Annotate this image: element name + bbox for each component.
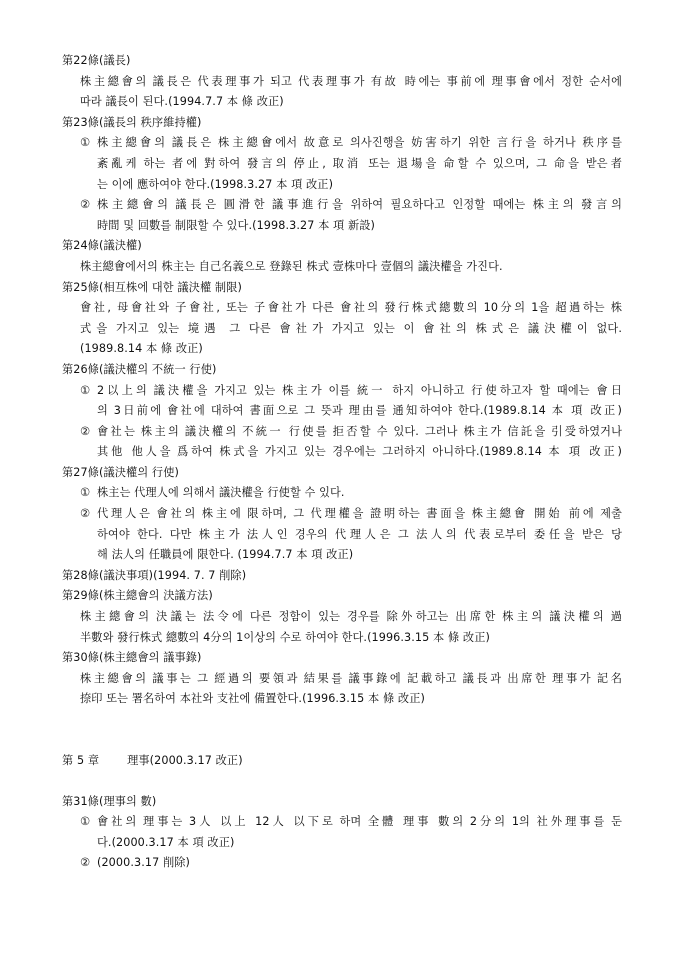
clause-continuation: 時間 및 回數를 制限할 수 있다.(1998.3.27 本 項 新設) <box>62 216 622 237</box>
article-body-line: 捺印 또는 署名하여 本社와 支社에 備置한다.(1996.3.15 本 條 改… <box>62 689 622 710</box>
article-title: 第24條(議決權) <box>62 236 622 257</box>
article-29: 第29條(株主總會의 決議方法) 株主總會의 決議는 法令에 다른 정함이 있는… <box>62 586 622 648</box>
clause-item: ②會社는 株主의 議決權의 不統一 行使를 拒否할 수 있다. 그러나 株主가 … <box>62 422 622 443</box>
article-title: 第30條(株主總會의 議事錄) <box>62 648 622 669</box>
clause-text: 代理人은 會社의 株主에 限하며, 그 代理權을 證明하는 書面을 株主總會 開… <box>97 507 622 520</box>
article-title: 第25條(相互株에 대한 議決權 制限) <box>62 278 622 299</box>
clause-text: 會社는 株主의 議決權의 不統一 行使를 拒否할 수 있다. 그러나 株主가 信… <box>97 425 622 438</box>
clause-item: ①株主는 代理人에 의해서 議決權을 行使할 수 있다. <box>62 483 622 504</box>
clause-item: ②(2000.3.17 削除) <box>62 853 622 874</box>
clause-continuation: 는 이에 應하여야 한다.(1998.3.27 本 項 改正) <box>62 175 622 196</box>
chapter-heading: 第 5 章理事(2000.3.17 改正) <box>62 751 622 772</box>
article-25: 第25條(相互株에 대한 議決權 制限) 會社, 母會社와 子會社, 또는 子會… <box>62 278 622 360</box>
article-title: 第28條(議決事項)(1994. 7. 7 削除) <box>62 566 622 587</box>
article-body-line: 式을 가지고 있는 境遇 그 다른 會社가 가지고 있는 이 會社의 株式은 議… <box>62 319 622 340</box>
clause-number: ② <box>80 195 90 216</box>
article-24: 第24條(議決權) 株主總會에서의 株主는 自己名義으로 登錄된 株式 壹株마다… <box>62 236 622 277</box>
chapter-label: 第 5 章 <box>62 754 99 767</box>
article-31: 第31條(理事의 數) ①會社의 理事는 3人 以上 12人 以下로 하며 全體… <box>62 792 622 874</box>
article-body-line: 株主總會의 決議는 法令에 다른 정함이 있는 경우를 除外하고는 出席한 株主… <box>62 607 622 628</box>
article-title: 第31條(理事의 數) <box>62 792 622 813</box>
article-title: 第27條(議決權의 行使) <box>62 463 622 484</box>
article-body-line: 半數와 發行株式 總數의 4分의 1이상의 수로 하여야 한다.(1996.3.… <box>62 628 622 649</box>
article-30: 第30條(株主總會의 議事錄) 株主總會의 議事는 그 經過의 要領과 結果를 … <box>62 648 622 710</box>
clause-item: ①株主總會의 議長은 株主總會에서 故意로 의사진행을 妨害하기 위한 言行을 … <box>62 133 622 154</box>
article-body-line: (1989.8.14 本 條 改正) <box>62 339 622 360</box>
document-page: 第22條(議長) 株主總會의 議長은 代表理事가 되고 代表理事가 有故 時에는… <box>62 51 622 874</box>
article-title: 第22條(議長) <box>62 51 622 72</box>
article-body-line: 株主總會의 議事는 그 經過의 要領과 結果를 議事錄에 記載하고 議長과 出席… <box>62 669 622 690</box>
article-22: 第22條(議長) 株主總會의 議長은 代表理事가 되고 代表理事가 有故 時에는… <box>62 51 622 113</box>
clause-item: ①2以上의 議決權을 가지고 있는 株主가 이를 統一 하지 아니하고 行使하고… <box>62 381 622 402</box>
chapter-title: 理事(2000.3.17 改正) <box>127 754 243 767</box>
clause-number: ② <box>80 853 90 874</box>
clause-number: ① <box>80 133 90 154</box>
spacer <box>62 772 622 792</box>
clause-item: ②代理人은 會社의 株主에 限하며, 그 代理權을 證明하는 書面을 株主總會 … <box>62 504 622 525</box>
clause-continuation: 의 3日前에 會社에 대하여 書面으로 그 뜻과 理由를 通知하여야 한다.(1… <box>62 401 622 422</box>
article-body-line: 株主總會의 議長은 代表理事가 되고 代表理事가 有故 時에는 事前에 理事會에… <box>62 72 622 93</box>
clause-continuation: 해 法人의 任職員에 限한다. (1994.7.7 本 項 改正) <box>62 545 622 566</box>
clause-continuation: 紊亂케 하는 者에 對하여 發言의 停止, 取消 또는 退場을 命할 수 있으며… <box>62 154 622 175</box>
article-body-line: 會社, 母會社와 子會社, 또는 子會社가 다른 會社의 發行株式總數의 10分… <box>62 298 622 319</box>
clause-item: ②株主總會의 議長은 圓滑한 議事進行을 위하여 필요하다고 인정할 때에는 株… <box>62 195 622 216</box>
clause-item: ①會社의 理事는 3人 以上 12人 以下로 하며 全體 理事 數의 2分의 1… <box>62 812 622 833</box>
article-body-line: 株主總會에서의 株主는 自己名義으로 登錄된 株式 壹株마다 壹個의 議決權을 … <box>62 257 622 278</box>
clause-continuation: 다.(2000.3.17 本 項 改正) <box>62 833 622 854</box>
clause-number: ② <box>80 504 90 525</box>
clause-text: (2000.3.17 削除) <box>97 856 190 869</box>
article-23: 第23條(議長의 秩序維持權) ①株主總會의 議長은 株主總會에서 故意로 의사… <box>62 113 622 237</box>
clause-text: 株主總會의 議長은 株主總會에서 故意로 의사진행을 妨害하기 위한 言行을 하… <box>97 136 622 149</box>
clause-number: ① <box>80 812 90 833</box>
article-body-line: 따라 議長이 된다.(1994.7.7 本 條 改正) <box>62 92 622 113</box>
clause-continuation: 하여야 한다. 다만 株主가 法人인 경우의 代理人은 그 法人의 代表로부터 … <box>62 525 622 546</box>
clause-text: 2以上의 議決權을 가지고 있는 株主가 이를 統一 하지 아니하고 行使하고자… <box>97 384 622 397</box>
article-title: 第26條(議決權의 不統一 行使) <box>62 360 622 381</box>
clause-number: ① <box>80 381 90 402</box>
clause-number: ① <box>80 483 90 504</box>
clause-text: 株主總會의 議長은 圓滑한 議事進行을 위하여 필요하다고 인정할 때에는 株主… <box>97 198 622 211</box>
article-28: 第28條(議決事項)(1994. 7. 7 削除) <box>62 566 622 587</box>
article-26: 第26條(議決權의 不統一 行使) ①2以上의 議決權을 가지고 있는 株主가 … <box>62 360 622 463</box>
article-title: 第23條(議長의 秩序維持權) <box>62 113 622 134</box>
article-27: 第27條(議決權의 行使) ①株主는 代理人에 의해서 議決權을 行使할 수 있… <box>62 463 622 566</box>
spacer <box>62 710 622 751</box>
clause-text: 株主는 代理人에 의해서 議決權을 行使할 수 있다. <box>97 486 345 499</box>
clause-text: 會社의 理事는 3人 以上 12人 以下로 하며 全體 理事 數의 2分의 1의… <box>97 815 622 828</box>
article-title: 第29條(株主總會의 決議方法) <box>62 586 622 607</box>
clause-number: ② <box>80 422 90 443</box>
clause-continuation: 其他 他人을 爲하여 株式을 가지고 있는 경우에는 그러하지 아니하다.(19… <box>62 442 622 463</box>
